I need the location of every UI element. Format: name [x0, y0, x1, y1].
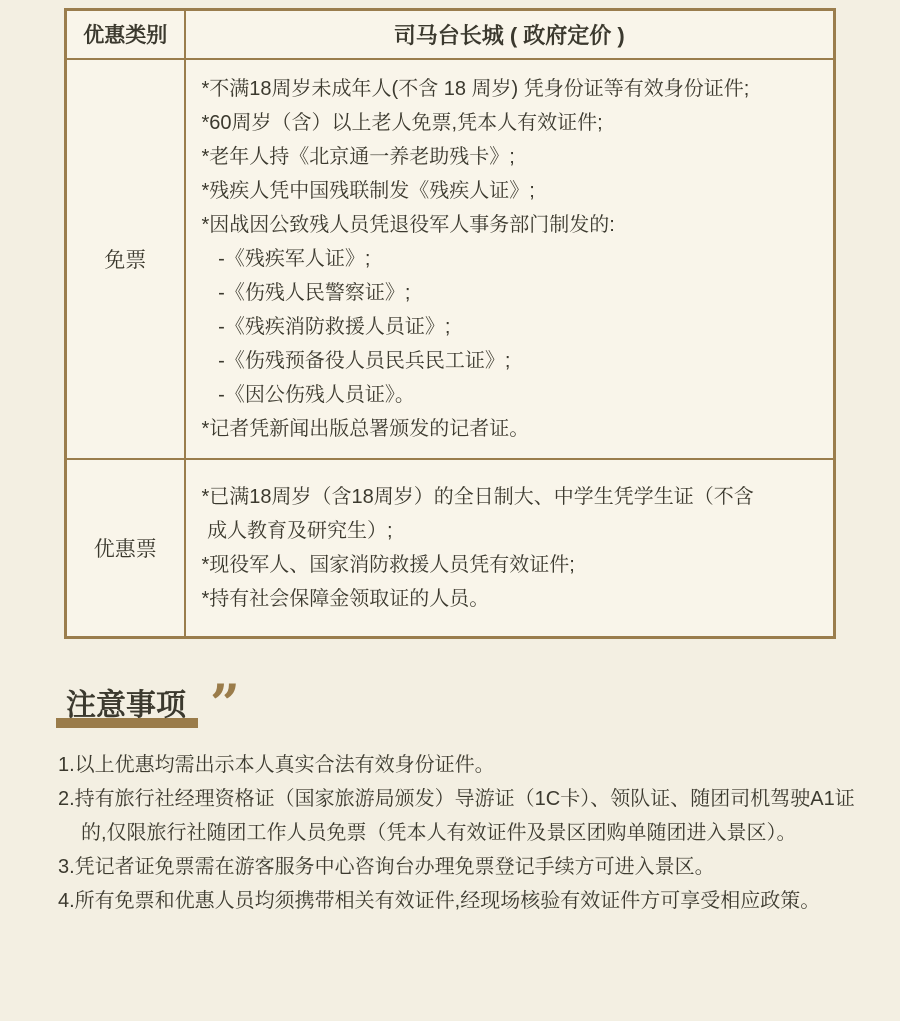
table-header-row: 优惠类别 司马台长城 ( 政府定价 ) — [66, 10, 835, 59]
free-ticket-policies-cell: *不满18周岁未成年人(不含 18 周岁) 凭身份证等有效身份证件; *60周岁… — [185, 59, 835, 459]
notes-section: 注意事项 ” 1.以上优惠均需出示本人真实合法有效身份证件。 2.持有旅行社经理… — [58, 680, 860, 918]
policy-line: *60周岁（含）以上老人免票,凭本人有效证件; — [202, 106, 820, 140]
policy-subitem-line: -《伤残预备役人员民兵民工证》; — [202, 344, 820, 378]
notes-list: 1.以上优惠均需出示本人真实合法有效身份证件。 2.持有旅行社经理资格证（国家旅… — [58, 748, 860, 918]
category-cell-discount: 优惠票 — [66, 459, 185, 638]
note-item: 3.凭记者证免票需在游客服务中心咨询台办理免票登记手续方可进入景区。 — [58, 850, 860, 884]
policy-line: *已满18周岁（含18周岁）的全日制大、中学生凭学生证（不含 — [202, 480, 820, 514]
policy-subitem-line: -《残疾军人证》; — [202, 242, 820, 276]
note-item: 4.所有免票和优惠人员均须携带相关有效证件,经现场核验有效证件方可享受相应政策。 — [58, 884, 860, 918]
notes-header: 注意事项 ” — [58, 680, 860, 728]
policy-line: *老年人持《北京通一养老助残卡》; — [202, 140, 820, 174]
category-cell-free: 免票 — [66, 59, 185, 459]
table-row-discount-ticket: 优惠票 *已满18周岁（含18周岁）的全日制大、中学生凭学生证（不含 成人教育及… — [66, 459, 835, 638]
table-row-free-ticket: 免票 *不满18周岁未成年人(不含 18 周岁) 凭身份证等有效身份证件; *6… — [66, 59, 835, 459]
policy-subitem-line: -《残疾消防救援人员证》; — [202, 310, 820, 344]
quote-icon: ” — [210, 688, 240, 722]
discount-ticket-policies-cell: *已满18周岁（含18周岁）的全日制大、中学生凭学生证（不含 成人教育及研究生）… — [185, 459, 835, 638]
policy-subitem-line: -《伤残人民警察证》; — [202, 276, 820, 310]
policy-line: *现役军人、国家消防救援人员凭有效证件; — [202, 548, 820, 582]
policy-line: *记者凭新闻出版总署颁发的记者证。 — [202, 412, 820, 446]
policy-subitem-line: -《因公伤残人员证》。 — [202, 378, 820, 412]
page: 优惠类别 司马台长城 ( 政府定价 ) 免票 *不满18周岁未成年人(不含 18… — [0, 0, 900, 1021]
price-column-header: 司马台长城 ( 政府定价 ) — [185, 10, 835, 59]
discount-table: 优惠类别 司马台长城 ( 政府定价 ) 免票 *不满18周岁未成年人(不含 18… — [64, 8, 836, 639]
policy-line: *因战因公致残人员凭退役军人事务部门制发的: — [202, 208, 820, 242]
policy-line: *残疾人凭中国残联制发《残疾人证》; — [202, 174, 820, 208]
note-item: 2.持有旅行社经理资格证（国家旅游局颁发）导游证（1C卡）、领队证、随团司机驾驶… — [58, 782, 860, 850]
policy-line: *不满18周岁未成年人(不含 18 周岁) 凭身份证等有效身份证件; — [202, 72, 820, 106]
note-item: 1.以上优惠均需出示本人真实合法有效身份证件。 — [58, 748, 860, 782]
policy-line: *持有社会保障金领取证的人员。 — [202, 582, 820, 616]
category-column-header: 优惠类别 — [66, 10, 185, 59]
notes-title: 注意事项 — [58, 680, 198, 728]
policy-line: 成人教育及研究生）; — [202, 514, 820, 548]
